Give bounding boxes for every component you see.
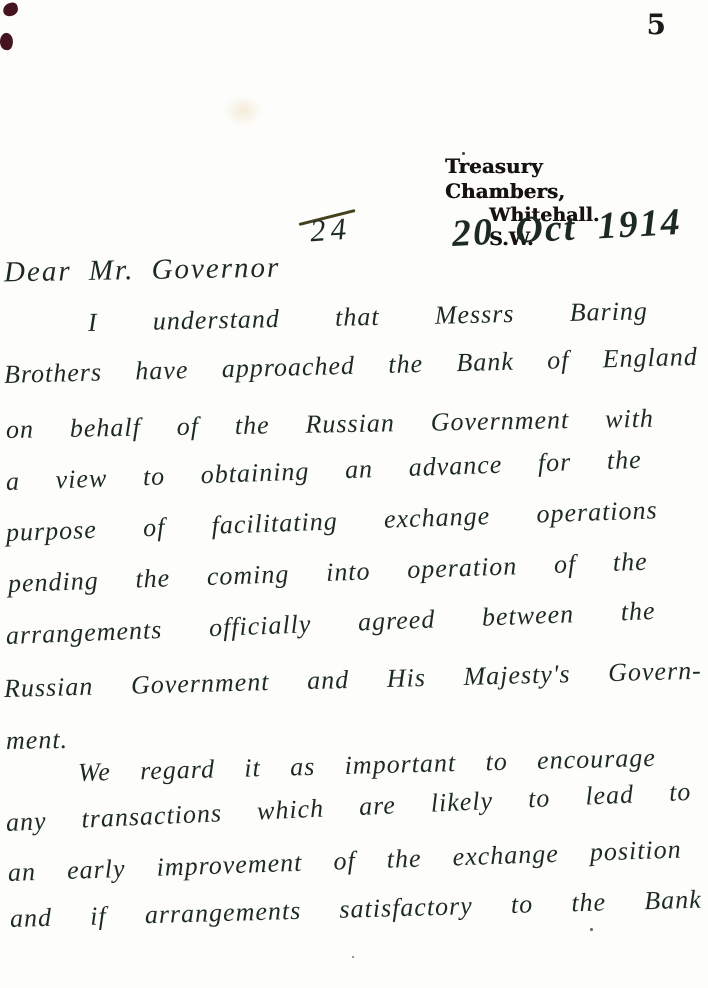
body-line-9: ment. [6,726,126,754]
body-line-3: on behalf of the Russian Government with [6,406,654,443]
page-number: 5 [647,8,666,41]
body-line-10: We regard it as important to encourage [78,745,656,786]
body-line-5: purpose of facilitating exchange operati… [6,497,659,546]
corner-mark-top [2,1,20,17]
body-line-13: and if arrangements satisfactory to the … [10,887,702,932]
body-line-12: an early improvement of the exchange pos… [8,836,682,886]
letterhead-line1: Treasury Chambers, [445,154,645,204]
body-line-6: pending the coming into operation of the [8,549,649,597]
body-line-1: I understand that Messrs Baring [88,298,648,336]
body-line-2: Brothers have approached the Bank of Eng… [4,344,698,388]
body-line-4: a view to obtaining an advance for the [6,447,643,495]
paper-smudge [224,96,262,126]
salutation: Dear Mr. Governor [4,252,281,290]
scanned-letter-page: 5 Treasury Chambers, Whitehall. S.W. 24 … [0,0,708,988]
body-line-8: Russian Government and His Majesty's Gov… [4,658,702,702]
annotation-number: 24 [309,211,352,250]
body-line-7: arrangements officially agreed between t… [6,598,657,649]
corner-mark-bottom [0,32,14,51]
file-number-annotation: 24 [296,198,396,258]
ink-speck [590,928,593,931]
body-line-11: any transactions which are likely to lea… [5,779,691,836]
ink-speck [352,956,354,958]
